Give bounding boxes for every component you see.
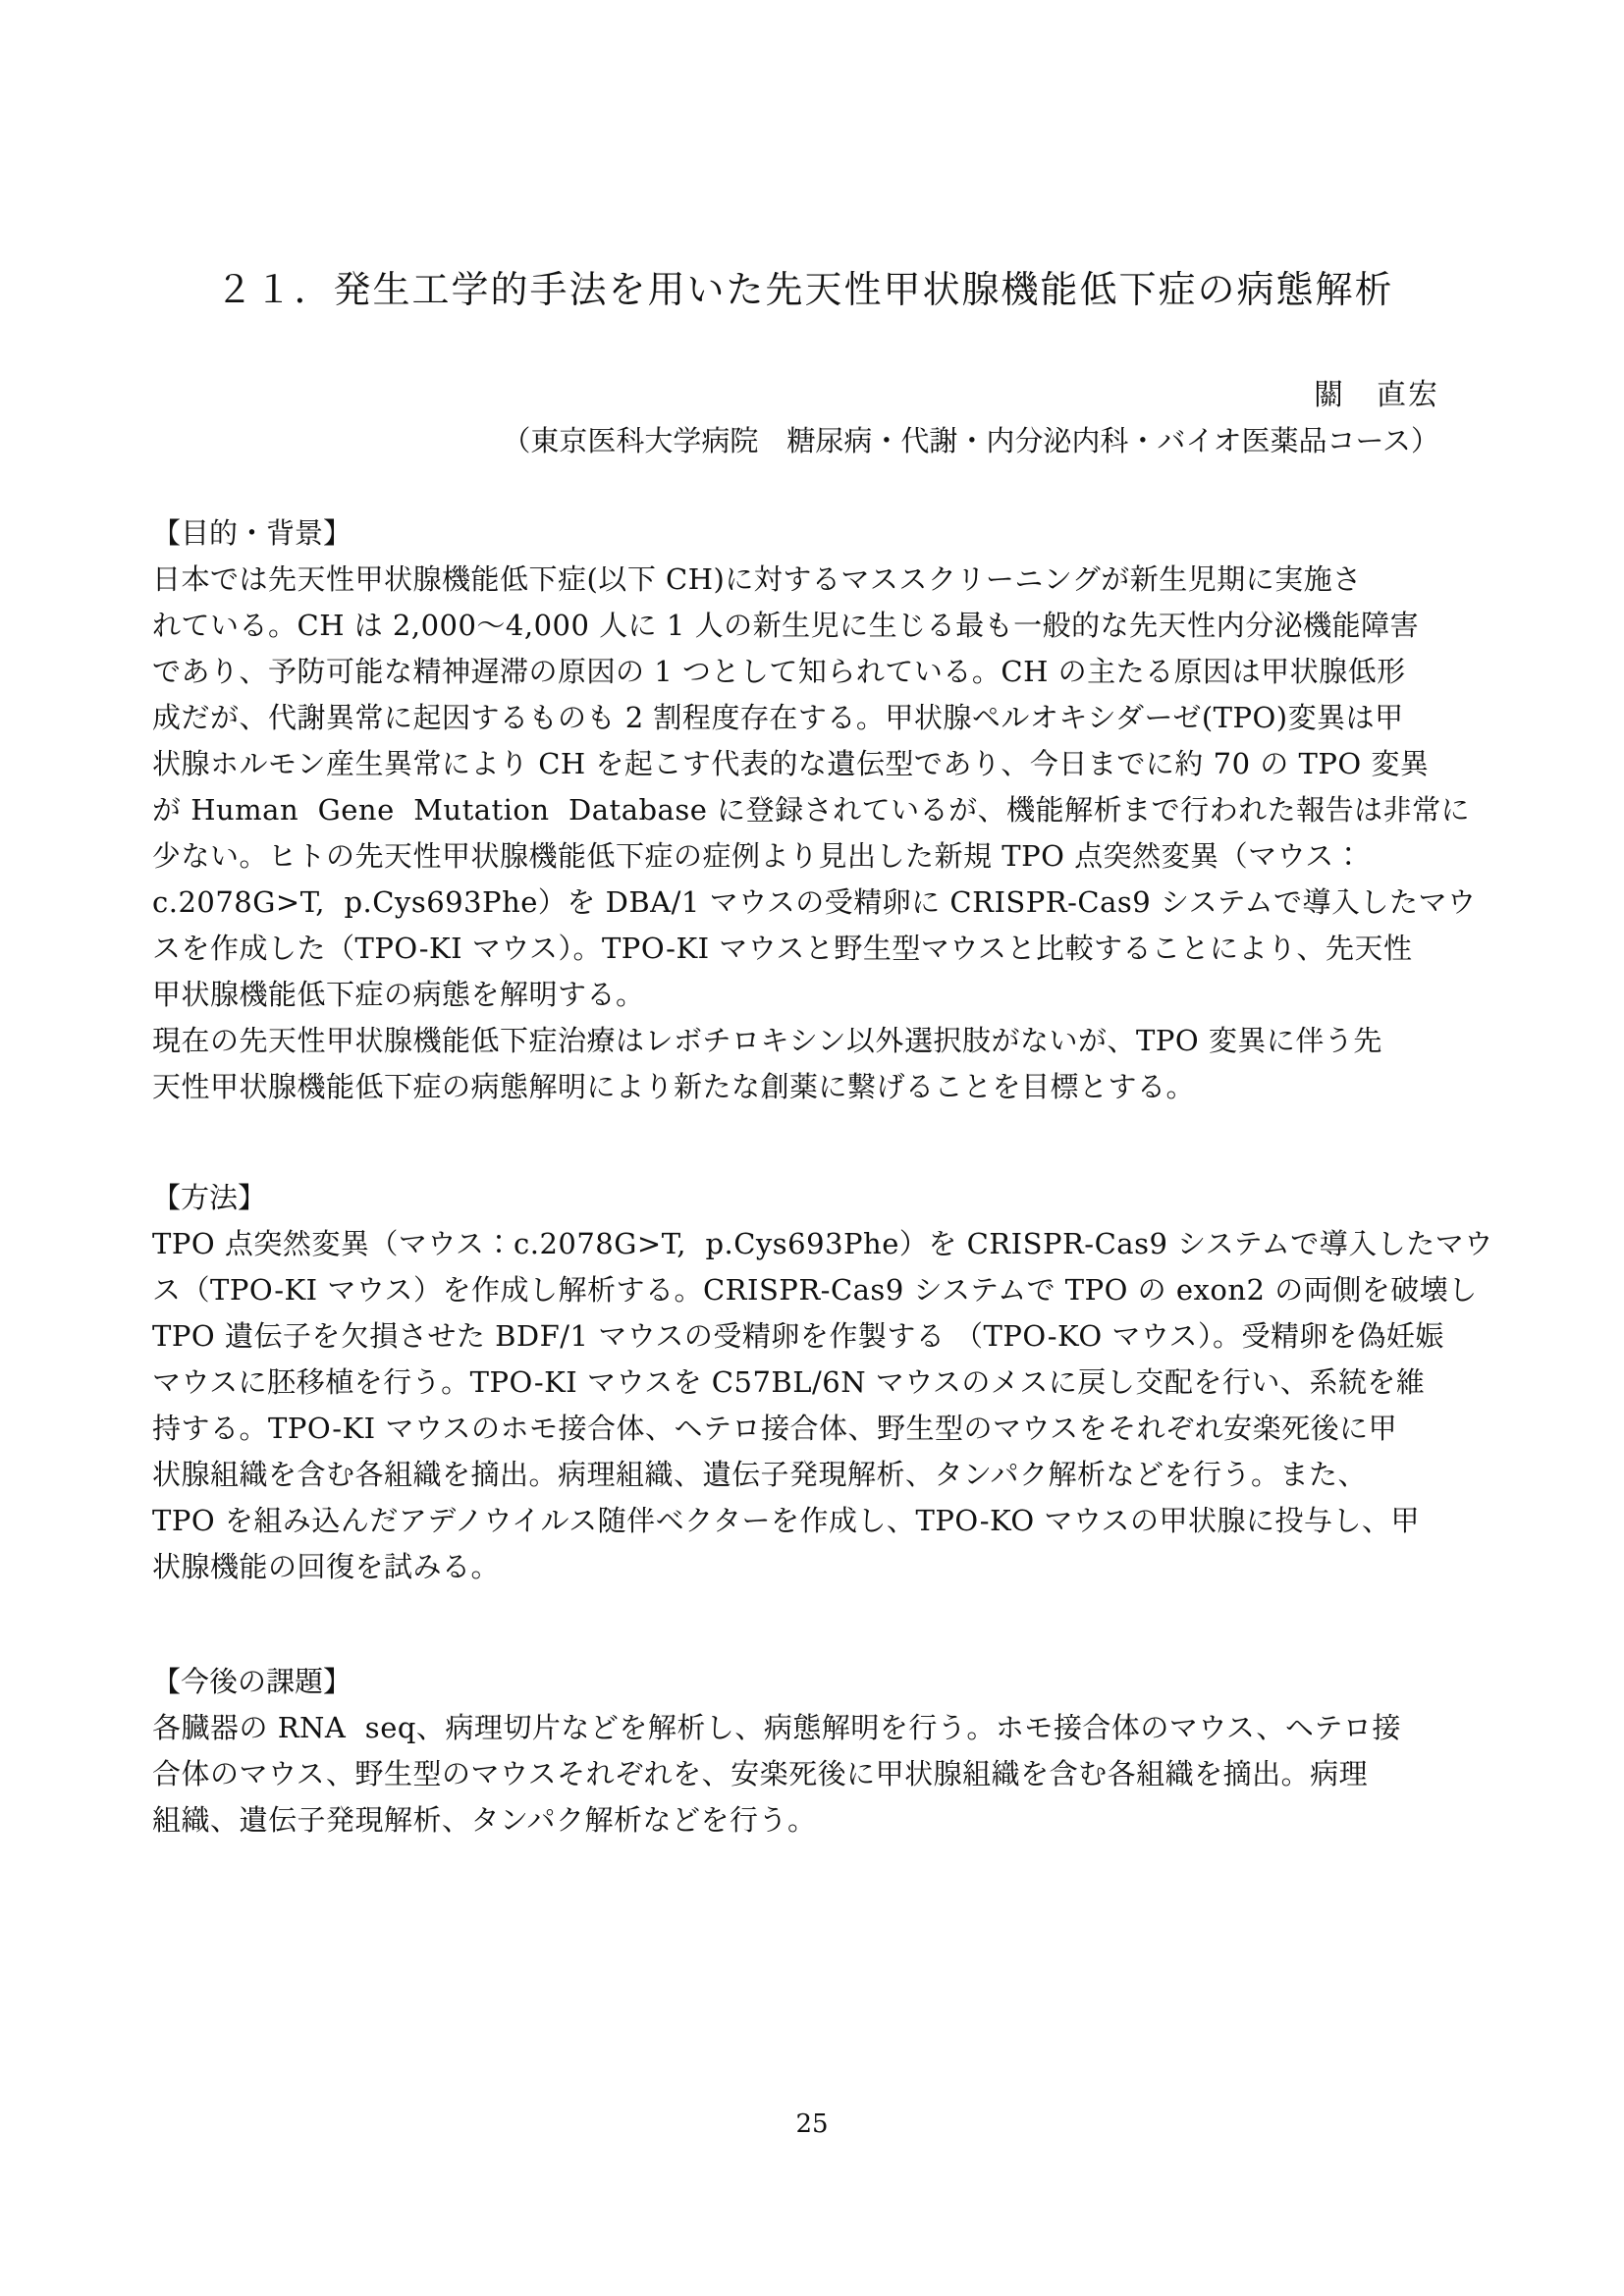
text-line: スを作成した（TPO-KI マウス）。TPO-KI マウスと野生型マウスと比較す… [152,926,1457,972]
text-line: 成だが、代謝異常に起因するものも 2 割程度存在する。甲状腺ペルオキシダーゼ(T… [152,695,1457,741]
section-purpose-heading: 【目的・背景】 [152,510,1457,557]
text-line: 状腺機能の回復を試みる。 [152,1544,1457,1590]
text-line: であり、予防可能な精神遅滞の原因の 1 つとして知られている。CH の主たる原因… [152,649,1457,695]
text-line: れている。CH は 2,000～4,000 人に 1 人の新生児に生じる最も一般… [152,603,1457,649]
text-line: が Human Gene Mutation Database に登録されているが… [152,787,1457,833]
text-line: ス（TPO-KI マウス）を作成し解析する。CRISPR-Cas9 システムで … [152,1267,1457,1313]
text-line: 日本では先天性甲状腺機能低下症(以下 CH)に対するマススクリーニングが新生児期… [152,557,1457,603]
author-name: 關 直宏 [152,373,1439,418]
text-line: 天性甲状腺機能低下症の病態解明により新たな創薬に繋げることを目標とする。 [152,1064,1457,1110]
text-line: マウスに胚移植を行う。TPO-KI マウスを C57BL/6N マウスのメスに戻… [152,1360,1457,1406]
text-line: 少ない。ヒトの先天性甲状腺機能低下症の症例より見出した新規 TPO 点突然変異（… [152,833,1457,880]
section-future-heading: 【今後の課題】 [152,1659,1457,1705]
text-line: 現在の先天性甲状腺機能低下症治療はレボチロキシン以外選択肢がないが、TPO 変異… [152,1018,1457,1064]
page-content: ２１．発生工学的手法を用いた先天性甲状腺機能低下症の病態解析 關 直宏 （東京医… [0,25,1624,1843]
page-number: 25 [0,2109,1624,2140]
text-line: TPO を組み込んだアデノウイルス随伴ベクターを作成し、TPO-KO マウスの甲… [152,1498,1457,1544]
section-method-heading: 【方法】 [152,1175,1457,1221]
document-page: ２１．発生工学的手法を用いた先天性甲状腺機能低下症の病態解析 關 直宏 （東京医… [0,0,1624,2296]
section-method: 【方法】 TPO 点突然変異（マウス：c.2078G>T, p.Cys693Ph… [152,1175,1457,1590]
section-future: 【今後の課題】 各臓器の RNA seq、病理切片などを解析し、病態解明を行う。… [152,1659,1457,1843]
text-line: 各臓器の RNA seq、病理切片などを解析し、病態解明を行う。ホモ接合体のマウ… [152,1705,1457,1751]
text-line: 組織、遺伝子発現解析、タンパク解析などを行う。 [152,1797,1457,1843]
text-line: 合体のマウス、野生型のマウスそれぞれを、安楽死後に甲状腺組織を含む各組織を摘出。… [152,1751,1457,1797]
author-affiliation: （東京医科大学病院 糖尿病・代謝・内分泌内科・バイオ医薬品コース） [152,418,1439,463]
text-line: 持する。TPO-KI マウスのホモ接合体、ヘテロ接合体、野生型のマウスをそれぞれ… [152,1406,1457,1452]
author-block: 關 直宏 （東京医科大学病院 糖尿病・代謝・内分泌内科・バイオ医薬品コース） [152,373,1457,463]
section-purpose: 【目的・背景】 日本では先天性甲状腺機能低下症(以下 CH)に対するマススクリー… [152,510,1457,1110]
text-line: c.2078G>T, p.Cys693Phe）を DBA/1 マウスの受精卵に … [152,880,1457,926]
text-line: 状腺ホルモン産生異常により CH を起こす代表的な遺伝型であり、今日までに約 7… [152,741,1457,787]
text-line: 甲状腺機能低下症の病態を解明する。 [152,972,1457,1018]
page-title: ２１．発生工学的手法を用いた先天性甲状腺機能低下症の病態解析 [152,25,1457,316]
text-line: 状腺組織を含む各組織を摘出。病理組織、遺伝子発現解析、タンパク解析などを行う。ま… [152,1452,1457,1498]
text-line: TPO 遺伝子を欠損させた BDF/1 マウスの受精卵を作製する （TPO-KO… [152,1313,1457,1360]
text-line: TPO 点突然変異（マウス：c.2078G>T, p.Cys693Phe）を C… [152,1221,1457,1267]
